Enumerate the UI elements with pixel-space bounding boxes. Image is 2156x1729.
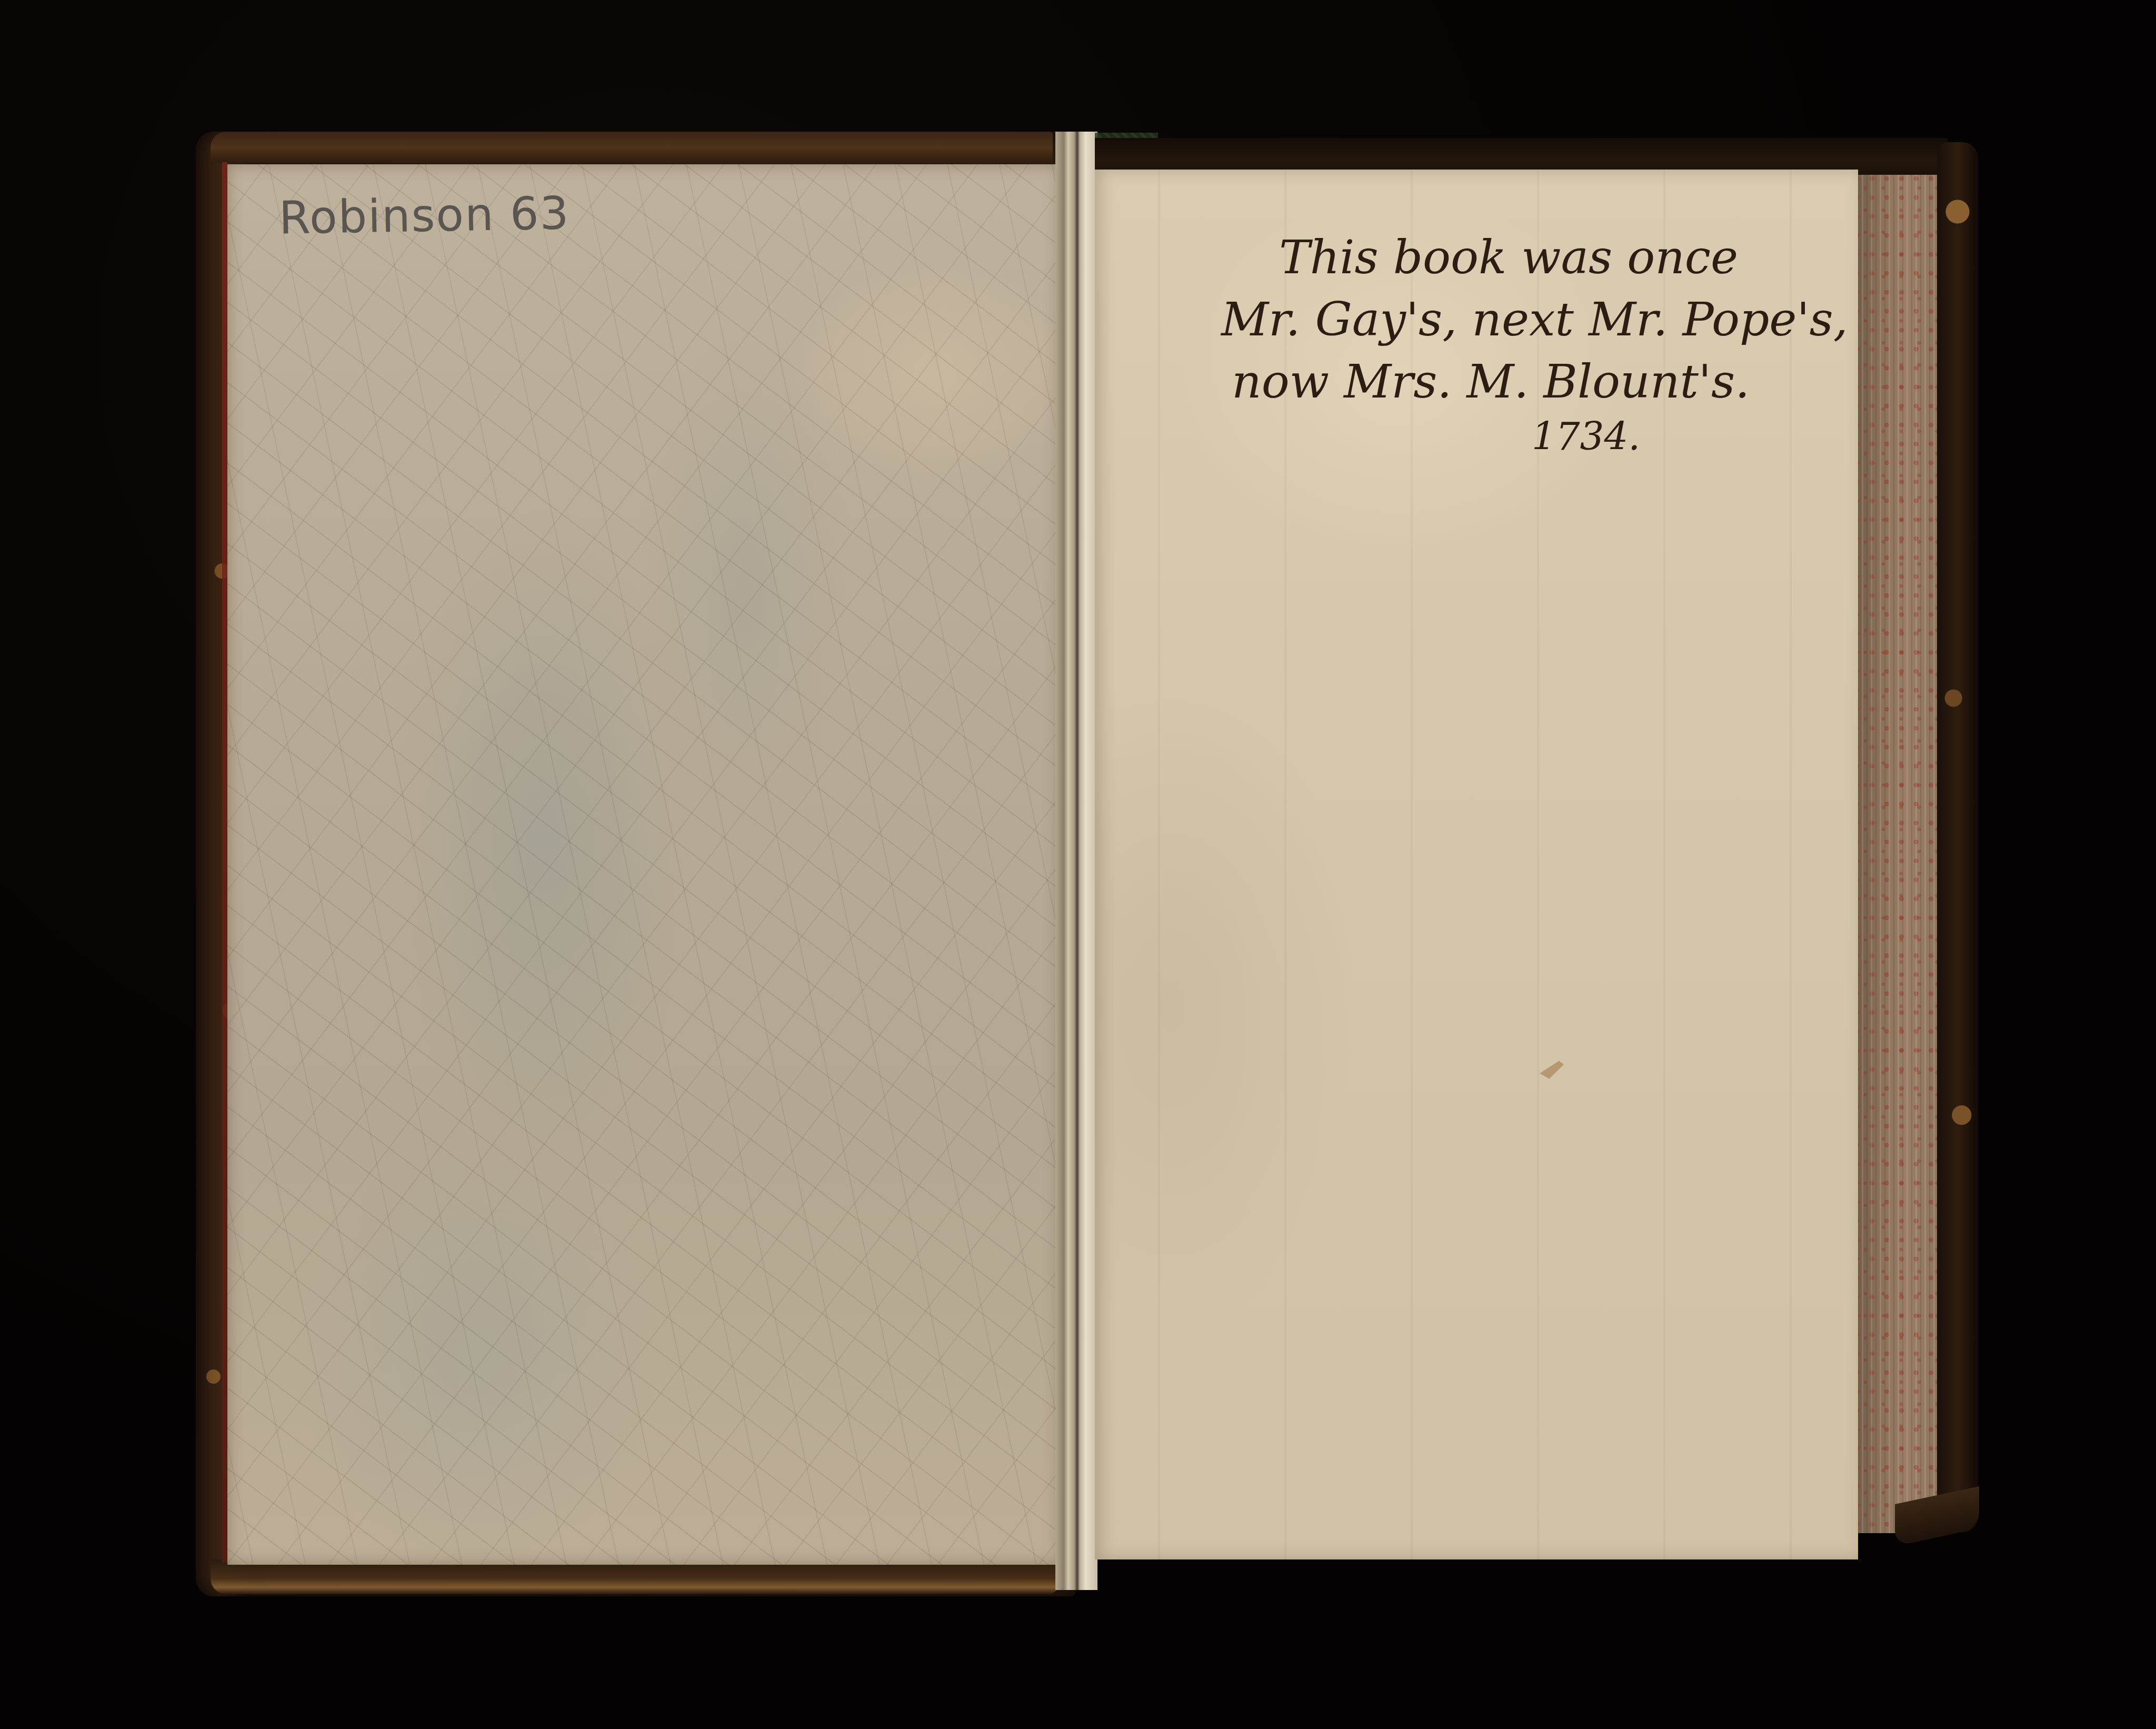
inscription-date: 1734. (1221, 413, 1832, 460)
paper-fiber-texture (227, 164, 1060, 1565)
inscription-line: This book was once (1221, 226, 1832, 289)
left-cover-top-edge (211, 132, 1053, 163)
shelfmark-label: Robinson 63 (278, 187, 570, 245)
ownership-inscription: This book was once Mr. Gay's, next Mr. P… (1221, 226, 1832, 460)
spine-gutter (1055, 132, 1097, 1590)
inscription-line: now Mrs. M. Blount's. (1221, 351, 1832, 413)
left-cover-turn-in (222, 162, 227, 1563)
left-pastedown-page (227, 164, 1060, 1565)
sprinkled-fore-edge (1853, 175, 1942, 1533)
inscription-line: Mr. Gay's, next Mr. Pope's, (1221, 289, 1832, 351)
right-cover-board-edge (1937, 142, 1978, 1532)
